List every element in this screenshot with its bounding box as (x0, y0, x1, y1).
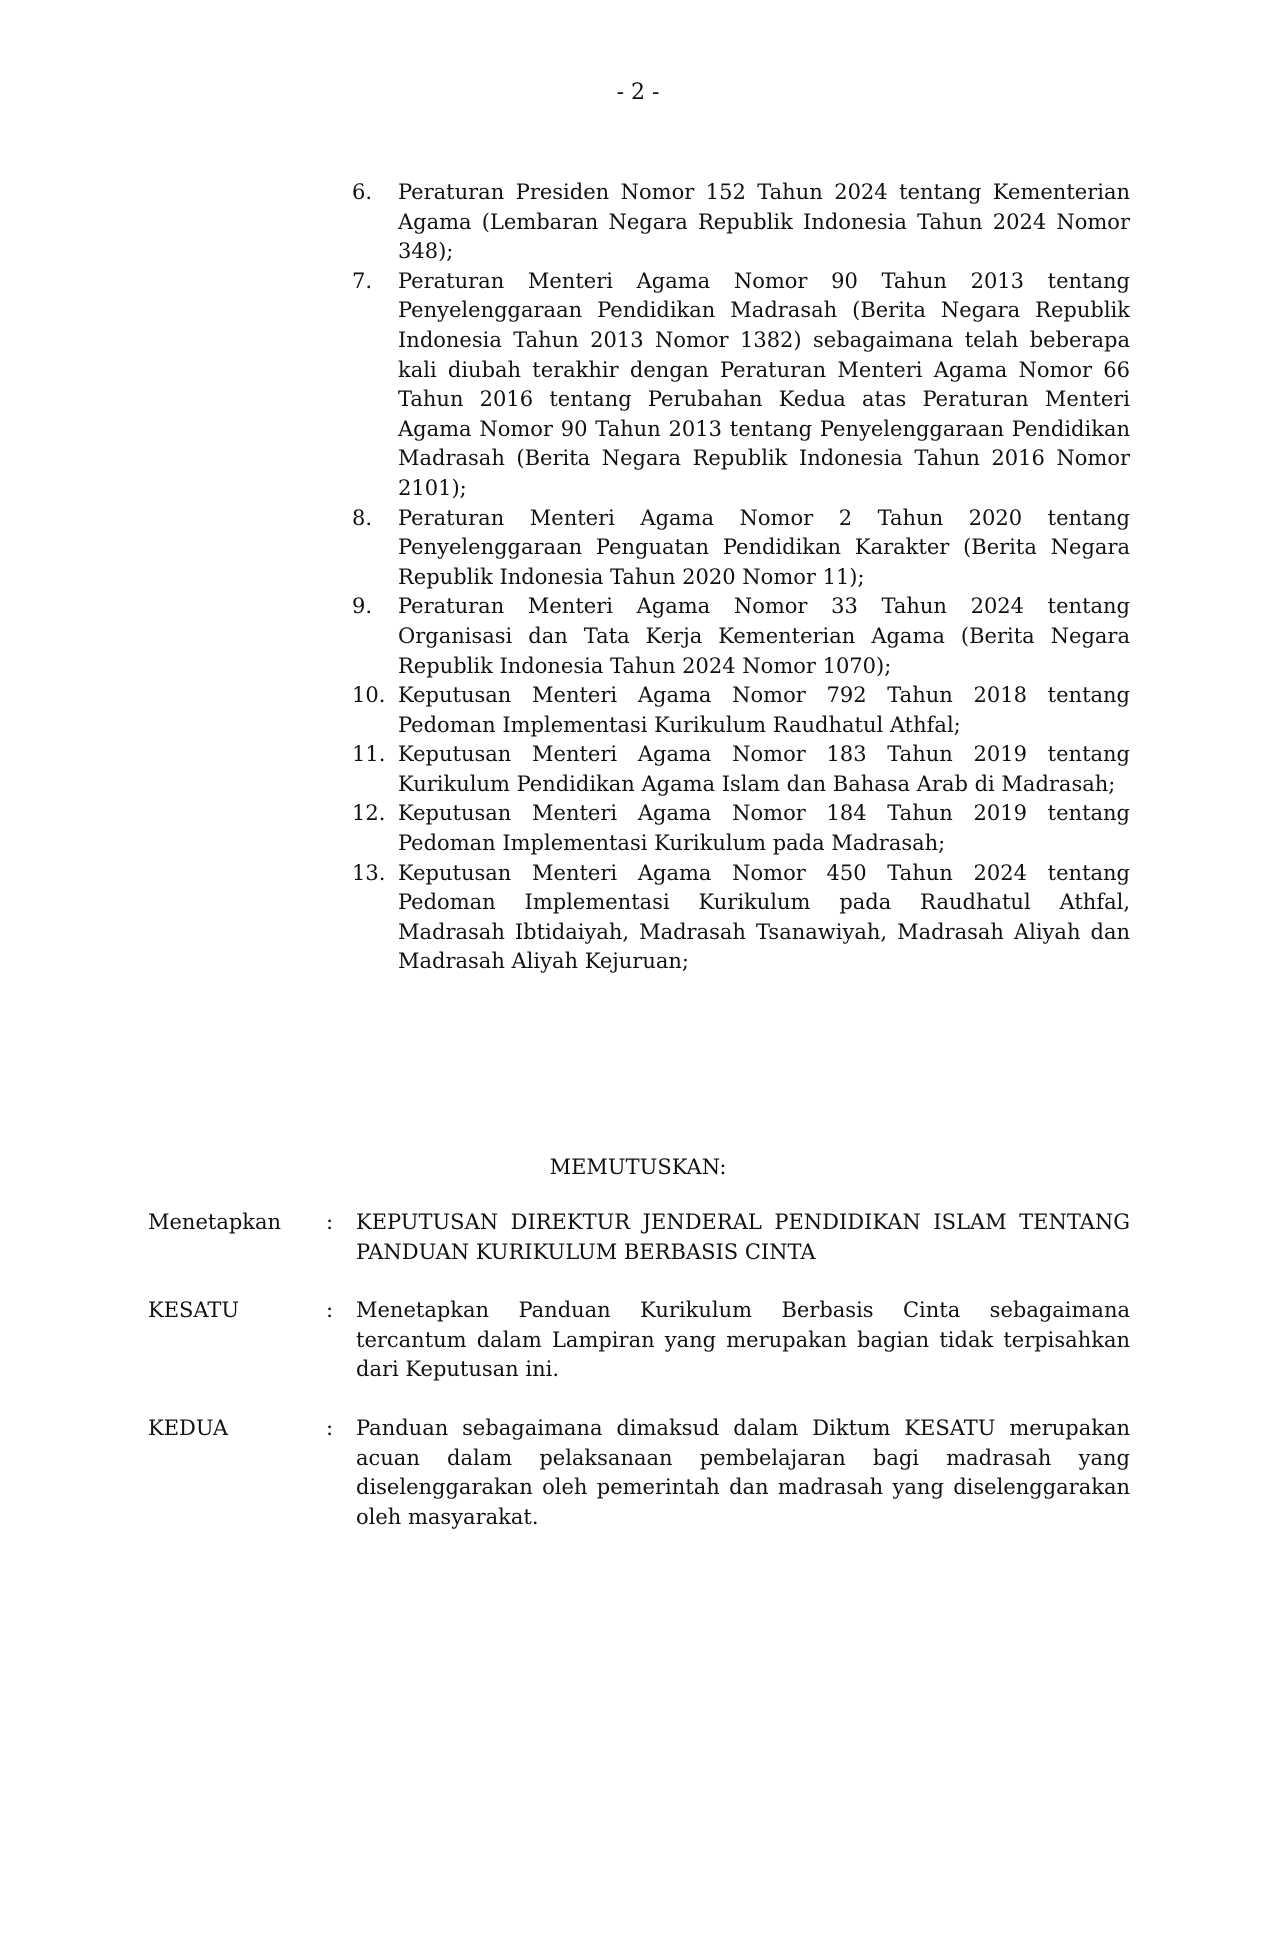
consideration-item: 9. Peraturan Menteri Agama Nomor 33 Tahu… (352, 592, 1130, 681)
diktum-kesatu: KESATU : Menetapkan Panduan Kurikulum Be… (148, 1296, 1130, 1385)
diktum-text: Menetapkan Panduan Kurikulum Berbasis Ci… (356, 1296, 1130, 1385)
diktum-text: KEPUTUSAN DIREKTUR JENDERAL PENDIDIKAN I… (356, 1208, 1130, 1267)
diktum-label: KEDUA (148, 1414, 326, 1532)
item-text: Peraturan Presiden Nomor 152 Tahun 2024 … (398, 178, 1130, 267)
consideration-item: 10. Keputusan Menteri Agama Nomor 792 Ta… (352, 681, 1130, 740)
item-number: 12. (352, 799, 398, 858)
item-number: 8. (352, 504, 398, 593)
item-number: 13. (352, 859, 398, 977)
item-text: Keputusan Menteri Agama Nomor 792 Tahun … (398, 681, 1130, 740)
item-number: 10. (352, 681, 398, 740)
diktum-colon: : (326, 1208, 356, 1267)
diktum-kedua: KEDUA : Panduan sebagaimana dimaksud dal… (148, 1414, 1130, 1532)
diktum-text: Panduan sebagaimana dimaksud dalam Diktu… (356, 1414, 1130, 1532)
consideration-item: 12. Keputusan Menteri Agama Nomor 184 Ta… (352, 799, 1130, 858)
consideration-item: 13. Keputusan Menteri Agama Nomor 450 Ta… (352, 859, 1130, 977)
item-number: 11. (352, 740, 398, 799)
considerations-list: 6. Peraturan Presiden Nomor 152 Tahun 20… (352, 178, 1130, 977)
diktum-colon: : (326, 1414, 356, 1532)
item-text: Keputusan Menteri Agama Nomor 184 Tahun … (398, 799, 1130, 858)
diktum-menetapkan: Menetapkan : KEPUTUSAN DIREKTUR JENDERAL… (148, 1208, 1130, 1267)
item-text: Peraturan Menteri Agama Nomor 90 Tahun 2… (398, 267, 1130, 504)
item-number: 9. (352, 592, 398, 681)
item-text: Peraturan Menteri Agama Nomor 33 Tahun 2… (398, 592, 1130, 681)
consideration-item: 11. Keputusan Menteri Agama Nomor 183 Ta… (352, 740, 1130, 799)
item-number: 7. (352, 267, 398, 504)
consideration-item: 8. Peraturan Menteri Agama Nomor 2 Tahun… (352, 504, 1130, 593)
consideration-item: 6. Peraturan Presiden Nomor 152 Tahun 20… (352, 178, 1130, 267)
item-text: Peraturan Menteri Agama Nomor 2 Tahun 20… (398, 504, 1130, 593)
item-number: 6. (352, 178, 398, 267)
decision-heading: MEMUTUSKAN: (0, 1152, 1276, 1182)
diktum-colon: : (326, 1296, 356, 1385)
item-text: Keputusan Menteri Agama Nomor 183 Tahun … (398, 740, 1130, 799)
item-text: Keputusan Menteri Agama Nomor 450 Tahun … (398, 859, 1130, 977)
consideration-item: 7. Peraturan Menteri Agama Nomor 90 Tahu… (352, 267, 1130, 504)
diktum-label: KESATU (148, 1296, 326, 1385)
diktum-label: Menetapkan (148, 1208, 326, 1267)
page-number: - 2 - (0, 78, 1276, 108)
